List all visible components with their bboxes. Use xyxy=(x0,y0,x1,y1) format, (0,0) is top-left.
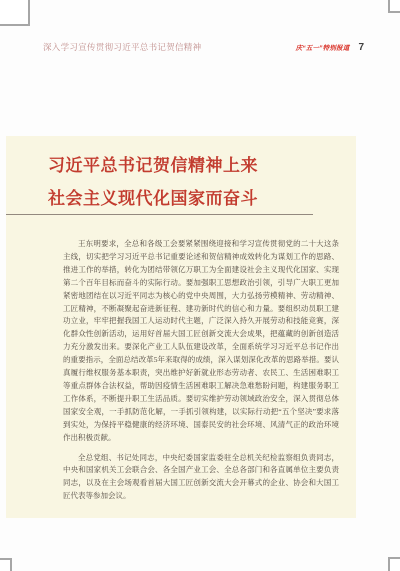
article-title-line-1: 习近平总书记贺信精神上来 xyxy=(48,149,258,182)
page-corner-mark-bottom-right xyxy=(388,557,400,571)
running-head-title: 深入学习宣传贯彻习近平总书记贺信精神 xyxy=(43,41,201,53)
article-paragraph: 王东明要求，全总和各级工会要紧紧围绕迎接和学习宣传贯彻党的二十大这条主线，切实把… xyxy=(63,238,339,445)
magazine-page: { "header": { "left_title": "深入学习宣传贯彻习近平… xyxy=(0,0,400,571)
running-head: 深入学习宣传贯彻习近平总书记贺信精神 庆“五一”特别报道 7 xyxy=(43,41,364,53)
page-number: 7 xyxy=(358,42,364,53)
feature-panel: 习近平总书记贺信精神上来 社会主义现代化国家而奋斗 王东明要求，全总和各级工会要… xyxy=(6,136,356,518)
section-badge: 庆“五一”特别报道 xyxy=(296,43,350,52)
page-corner-mark-top-right xyxy=(388,0,400,13)
article-body: 王东明要求，全总和各级工会要紧紧围绕迎接和学习宣传贯彻党的二十大这条主线，切实把… xyxy=(63,238,339,503)
article-paragraph: 全总党组、书记处同志，中央纪委国家监委驻全总机关纪检监察组负责同志，中央和国家机… xyxy=(63,452,339,504)
article-title-line-2: 社会主义现代化国家而奋斗 xyxy=(48,182,258,215)
page-corner-mark-bottom-left xyxy=(0,558,12,571)
title-divider xyxy=(6,214,313,215)
article-title: 习近平总书记贺信精神上来 社会主义现代化国家而奋斗 xyxy=(48,149,258,215)
page-corner-mark-top-left xyxy=(0,0,30,26)
running-head-right: 庆“五一”特别报道 7 xyxy=(296,42,364,53)
